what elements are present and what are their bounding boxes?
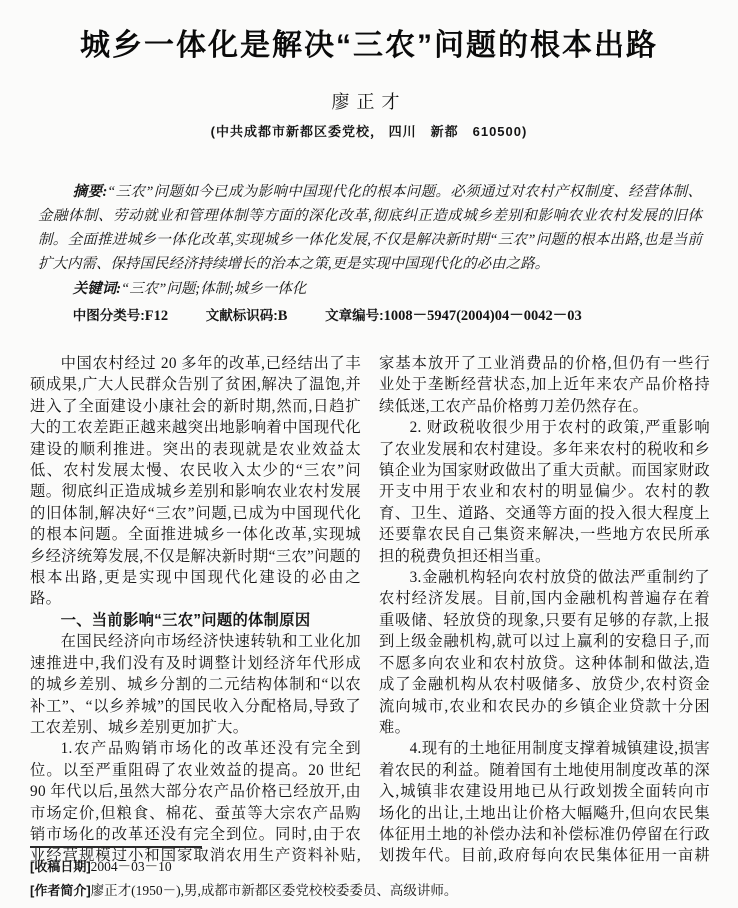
article-id-group: 文章编号:1008－5947(2004)04－0042－03 <box>325 308 582 324</box>
paragraph: 家基本放开了工业消费品的价格,但仍有一些行业处于垄断经营状态,加上近年来农产品价… <box>379 353 710 417</box>
paragraph: 2. 财政税收很少用于农村的政策,严重影响了农业发展和农村建设。多年来农村的税收… <box>379 417 710 567</box>
body-columns: 中国农村经过 20 多年的改革,已经结出了丰硕成果,广大人民群众告别了贫困,解决… <box>30 353 710 867</box>
footnote-block: [收稿日期]2004－03－10 [作者简介]廖正才(1950－),男,成都市新… <box>30 846 720 903</box>
clc-label: 中图分类号: <box>73 308 145 323</box>
author-affiliation: (中共成都市新都区委党校， 四川 新都 610500) <box>0 121 738 140</box>
keywords-line: 关键词:“三农”问题;体制;城乡一体化 <box>38 277 702 301</box>
paragraph: 在国民经济向市场经济快速转轨和工业化加速推进中,我们没有及时调整计划经济年代形成… <box>30 631 361 738</box>
article-id-value: 1008－5947(2004)04－0042－03 <box>384 308 582 324</box>
abstract-paragraph: 摘要:“三农”问题如今已成为影响中国现代化的根本问题。必须通过对农村产权制度、经… <box>38 180 702 276</box>
doc-code-value: B <box>278 308 288 324</box>
abstract-text: “三农”问题如今已成为影响中国现代化的根本问题。必须通过对农村产权制度、经营体制… <box>38 184 702 272</box>
author-bio-label: [作者简介] <box>30 883 91 898</box>
journal-article-page: 城乡一体化是解决“三农”问题的根本出路 廖正才 (中共成都市新都区委党校， 四川… <box>0 0 738 908</box>
classification-line: 中图分类号:F12 文献标识码:B 文章编号:1008－5947(2004)04… <box>38 304 702 328</box>
paragraph: 3.金融机构轻向农村放贷的做法严重制约了农村经济发展。目前,国内金融机构普遍存在… <box>379 567 710 738</box>
section-heading: 一、当前影响“三农”问题的体制原因 <box>30 610 361 631</box>
received-date-value: 2004－03－10 <box>91 859 172 874</box>
left-column: 中国农村经过 20 多年的改革,已经结出了丰硕成果,广大人民群众告别了贫困,解决… <box>30 353 361 867</box>
received-date-line: [收稿日期]2004－03－10 <box>30 855 720 879</box>
footnote-divider <box>30 846 202 848</box>
clc-value: F12 <box>145 308 168 324</box>
author-bio-value: 廖正才(1950－),男,成都市新都区委党校校委委员、高级讲师。 <box>91 883 458 898</box>
author-name: 廖正才 <box>0 88 738 114</box>
doc-code-label: 文献标识码: <box>206 308 278 323</box>
clc-group: 中图分类号:F12 <box>73 308 168 324</box>
article-title: 城乡一体化是解决“三农”问题的根本出路 <box>0 20 738 64</box>
author-bio-line: [作者简介]廖正才(1950－),男,成都市新都区委党校校委委员、高级讲师。 <box>30 879 720 903</box>
doc-code-group: 文献标识码:B <box>206 308 288 324</box>
paragraph: 中国农村经过 20 多年的改革,已经结出了丰硕成果,广大人民群众告别了贫困,解决… <box>30 353 361 610</box>
received-date-label: [收稿日期] <box>30 859 91 874</box>
right-column: 家基本放开了工业消费品的价格,但仍有一些行业处于垄断经营状态,加上近年来农产品价… <box>379 353 710 867</box>
keywords-text: “三农”问题;体制;城乡一体化 <box>121 281 306 297</box>
abstract-label: 摘要: <box>73 184 107 200</box>
article-id-label: 文章编号: <box>325 308 384 323</box>
keywords-label: 关键词: <box>73 281 121 297</box>
